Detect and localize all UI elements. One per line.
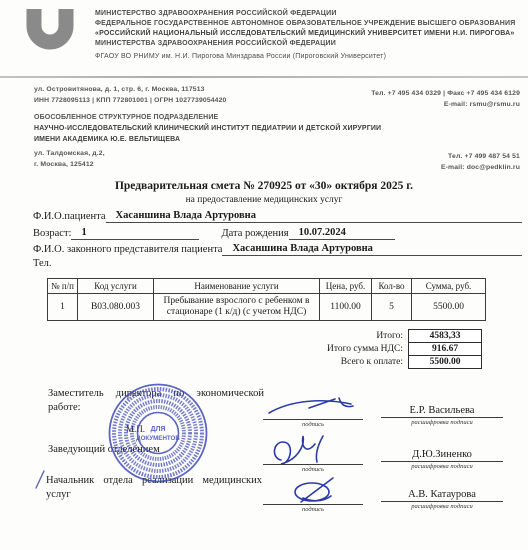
institution-header: МИНИСТЕРСТВО ЗДРАВООХРАНЕНИЯ РОССИЙСКОЙ …	[95, 9, 525, 62]
signature-caption: подпись	[263, 420, 363, 428]
signature-field-3: подпись	[263, 476, 363, 513]
col-qty: Кол-во	[372, 279, 412, 294]
branch-email: E-mail: doc@pedklin.ru	[441, 163, 520, 174]
total-label: Итого:	[376, 329, 408, 343]
document-title: Предварительная смета № 270925 от «30» о…	[0, 180, 528, 192]
name-caption: расшифровка подписи	[381, 462, 503, 470]
representative-label: Ф.И.О. законного представителя пациента	[33, 243, 222, 256]
main-contacts-block: Тел. +7 495 434 0329 | Факс +7 495 434 6…	[371, 89, 520, 110]
signatory-name-2: Д.Ю.Зиненко расшифровка подписи	[381, 448, 503, 470]
patient-fio-value: Хасаншина Влада Артуровна	[106, 209, 522, 223]
signature-scribble-icon	[265, 476, 361, 504]
division-block: ОБОСОБЛЕННОЕ СТРУКТУРНОЕ ПОДРАЗДЕЛЕНИЕ Н…	[34, 112, 381, 145]
table-row: 1 В03.080.003 Пребывание взрослого с реб…	[48, 294, 486, 321]
document-subtitle: на предоставление медицинских услуг	[0, 195, 528, 205]
total-row: Всего к оплате: 5500.00	[47, 355, 482, 369]
main-phone: Тел. +7 495 434 0329 | Факс +7 495 434 6…	[371, 89, 520, 100]
name-caption: расшифровка подписи	[381, 502, 503, 510]
birth-date-value: 10.07.2024	[289, 226, 395, 240]
header-line-university: «РОССИЙСКИЙ НАЦИОНАЛЬНЫЙ ИССЛЕДОВАТЕЛЬСК…	[95, 29, 525, 39]
table-header-row: № п/п Код услуги Наименование услуги Цен…	[48, 279, 486, 294]
stamp-center-line2: ДОКУМЕНТОВ	[136, 435, 180, 442]
signatory-name-3: А.В. Катаурова расшифровка подписи	[381, 488, 503, 510]
signatory-name: Е.Р. Васильева	[381, 404, 503, 417]
signature-caption: подпись	[263, 505, 363, 513]
signatory-name-1: Е.Р. Васильева расшифровка подписи	[381, 404, 503, 426]
representative-value: Хасаншина Влада Артуровна	[222, 242, 522, 256]
birth-date-label: Дата рождения	[221, 227, 288, 240]
header-line-short-name: ФГАОУ ВО РНИМУ им. Н.И. Пирогова Минздра…	[95, 52, 525, 62]
col-service-name: Наименование услуги	[154, 279, 320, 294]
cell-qty: 5	[372, 294, 412, 321]
round-stamp-icon: ДЛЯ ДОКУМЕНТОВ	[107, 382, 209, 484]
signatory-name: А.В. Катаурова	[381, 488, 503, 501]
document-page: МИНИСТЕРСТВО ЗДРАВООХРАНЕНИЯ РОССИЙСКОЙ …	[0, 0, 528, 550]
total-row: Итого сумма НДС: 916.67	[47, 342, 482, 356]
vat-value: 916.67	[408, 342, 482, 356]
representative-row: Ф.И.О. законного представителя пациента …	[33, 242, 522, 256]
branch-phone: Тел. +7 499 487 54 51	[441, 152, 520, 163]
cell-sum: 5500.00	[412, 294, 486, 321]
grand-total-value: 5500.00	[408, 355, 482, 369]
branch-contacts-block: Тел. +7 499 487 54 51 E-mail: doc@pedkli…	[441, 152, 520, 173]
patient-tel-row: Тел.	[33, 257, 522, 270]
patient-age-row: Возраст: 1 Дата рождения 10.07.2024	[33, 226, 522, 240]
cell-number: 1	[48, 294, 78, 321]
signature-caption: подпись	[263, 465, 363, 473]
grand-total-label: Всего к оплате:	[341, 355, 408, 369]
col-sum: Сумма, руб.	[412, 279, 486, 294]
patient-tel-label: Тел.	[33, 257, 52, 270]
division-line: ИМЕНИ АКАДЕМИКА Ю.Е. ВЕЛЬТИЩЕВА	[34, 134, 381, 145]
main-address: ул. Островитянова, д. 1, стр. 6, г. Моск…	[34, 85, 226, 96]
main-ids: ИНН 7728095113 | КПП 772801001 | ОГРН 10…	[34, 96, 226, 107]
signature-field-1: подпись	[263, 394, 363, 428]
header-divider	[0, 76, 528, 78]
signature-scribble-icon	[265, 434, 361, 464]
cell-service-code: В03.080.003	[78, 294, 154, 321]
patient-fio-row: Ф.И.О.пациента Хасаншина Влада Артуровна	[33, 209, 522, 223]
col-service-code: Код услуги	[78, 279, 154, 294]
branch-address-block: ул. Талдомская, д.2, г. Москва, 125412	[34, 149, 105, 170]
name-caption: расшифровка подписи	[381, 418, 503, 426]
header-line: ФЕДЕРАЛЬНОЕ ГОСУДАРСТВЕННОЕ АВТОНОМНОЕ О…	[95, 19, 525, 29]
signatory-name: Д.Ю.Зиненко	[381, 448, 503, 461]
stamp-center-line1: ДЛЯ	[151, 426, 166, 433]
patient-age-value: 1	[71, 226, 199, 240]
signature-field-2: подпись	[263, 434, 363, 473]
main-address-block: ул. Островитянова, д. 1, стр. 6, г. Моск…	[34, 85, 226, 106]
cell-price: 1100.00	[320, 294, 372, 321]
totals-block: Итого: 4583,33 Итого сумма НДС: 916.67 В…	[47, 330, 482, 369]
services-table: № п/п Код услуги Наименование услуги Цен…	[47, 278, 486, 321]
cell-service-name: Пребывание взрослого с ребенком в стацио…	[154, 294, 320, 321]
patient-age-label: Возраст:	[33, 227, 71, 240]
division-line: НАУЧНО-ИССЛЕДОВАТЕЛЬСКИЙ КЛИНИЧЕСКИЙ ИНС…	[34, 123, 381, 134]
col-number: № п/п	[48, 279, 78, 294]
patient-fio-label: Ф.И.О.пациента	[33, 210, 106, 223]
total-row: Итого: 4583,33	[47, 329, 482, 343]
header-line: МИНИСТЕРСТВА ЗДРАВООХРАНЕНИЯ РОССИЙСКОЙ …	[95, 39, 525, 49]
header-line: МИНИСТЕРСТВО ЗДРАВООХРАНЕНИЯ РОССИЙСКОЙ …	[95, 9, 525, 19]
signature-scribble-icon	[265, 394, 361, 419]
vat-label: Итого сумма НДС:	[327, 342, 408, 356]
main-email: E-mail: rsmu@rsmu.ru	[371, 100, 520, 111]
branch-address-line: г. Москва, 125412	[34, 160, 105, 171]
division-line: ОБОСОБЛЕННОЕ СТРУКТУРНОЕ ПОДРАЗДЕЛЕНИЕ	[34, 112, 381, 123]
total-value: 4583,33	[408, 329, 482, 343]
rnimu-logo-icon	[24, 7, 76, 55]
ink-slash-mark-icon	[33, 469, 47, 489]
col-price: Цена, руб.	[320, 279, 372, 294]
branch-address-line: ул. Талдомская, д.2,	[34, 149, 105, 160]
